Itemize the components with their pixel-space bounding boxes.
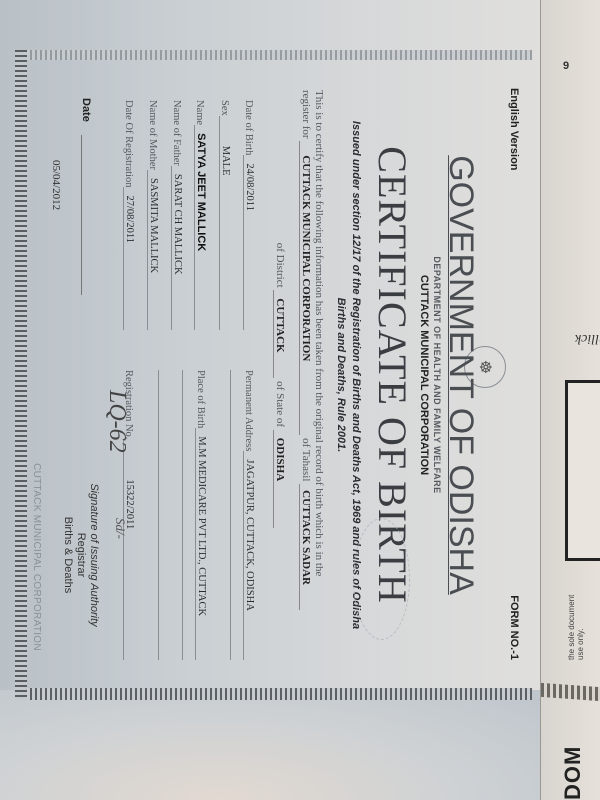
date-of-birth-value: 24/08/2011 xyxy=(243,155,255,330)
district-label: of District xyxy=(274,243,286,288)
district-row: of District CUTTACK of State of ODISHA xyxy=(273,90,286,650)
mother-name-value: SASMITA MALLICK xyxy=(147,170,159,330)
field-row: Name of Mother SASMITA MALLICK xyxy=(139,100,159,660)
date-of-birth-label: Date of Birth xyxy=(243,100,254,155)
blank-line xyxy=(158,370,159,660)
government-title: GOVERNMENT OF ODISHA xyxy=(441,50,480,700)
permanent-address-value: JAGATPUR, CUTTACK, ODISHA xyxy=(243,451,255,660)
register-for-label: register for xyxy=(300,90,312,139)
sex-label: Sex xyxy=(219,100,230,116)
handwritten-note: LQ-62 xyxy=(103,390,130,453)
faded-stamp xyxy=(353,518,410,640)
issue-date: 05/04/2012 xyxy=(50,160,62,210)
date-line xyxy=(81,135,82,295)
department-name: DEPARTMENT OF HEALTH AND FAMILY WELFARE xyxy=(432,50,442,700)
district-value: CUTTACK xyxy=(273,290,286,378)
mother-name-label: Name of Mother xyxy=(147,100,158,170)
place-of-birth-label: Place of Birth xyxy=(195,370,206,428)
field-row: Sex MALE xyxy=(211,100,231,660)
corporation-name: CUTTACK MUNICIPAL CORPORATION xyxy=(418,50,430,700)
register-for-value: CUTTACK MUNICIPAL CORPORATION xyxy=(299,141,312,435)
certify-statement: This is to certify that the following in… xyxy=(312,90,326,660)
tahasil-value: CUTTACK SADAR xyxy=(299,484,312,610)
place-continuation-line xyxy=(182,370,183,660)
field-row: Date Of Registration 27/08/2011 Registra… xyxy=(115,100,135,660)
field-row: Name of Father SARAT CH MALLICK xyxy=(163,100,183,660)
births-deaths-title: Births & Deaths xyxy=(61,455,74,655)
father-name-value: SARAT CH MALLICK xyxy=(171,166,183,330)
background-shade xyxy=(0,690,545,800)
certificate-border-bottom xyxy=(15,50,27,700)
form-number: FORM NO.-1 xyxy=(508,595,520,660)
date-label: Date xyxy=(80,98,92,122)
field-row: Date of Birth 24/08/2011 Permanent Addre… xyxy=(235,100,255,660)
birth-certificate: English Version FORM NO.-1 ☸ GOVERNMENT … xyxy=(15,50,540,700)
corporation-stamp: CUTTACK MUNICIPAL CORPORATION xyxy=(31,442,42,672)
registration-number-value: 15322/2011 xyxy=(123,439,135,660)
registration-date-label: Date Of Registration xyxy=(123,100,134,187)
underlying-inset-box xyxy=(565,380,600,561)
name-label: Name xyxy=(194,100,205,125)
page-number: 9 xyxy=(563,60,569,72)
signature-label: Signature of Issuing Authority xyxy=(87,455,100,655)
issued-under-line-2: Births and Deaths, Rule 2001. xyxy=(335,50,347,700)
underlying-badge: DOM xyxy=(560,720,600,800)
signature-block: Signature of Issuing Authority Registrar… xyxy=(61,455,100,655)
register-row: register for CUTTACK MUNICIPAL CORPORATI… xyxy=(299,90,312,650)
state-label: of State of xyxy=(274,381,286,427)
permanent-address-label: Permanent Address xyxy=(243,370,254,451)
name-value: SATYA JEET MALLICK xyxy=(194,125,207,330)
state-value: ODISHA xyxy=(273,430,286,528)
registrar-title: Registrar xyxy=(74,455,87,655)
father-name-label: Name of Father xyxy=(171,100,182,166)
pen-mark: Mallick xyxy=(575,330,600,346)
english-version-label: English Version xyxy=(508,88,520,171)
underlying-text: the sole document use only. xyxy=(567,590,597,660)
handwritten-signature: Sd/- xyxy=(112,518,128,539)
registration-date-value: 27/08/2011 xyxy=(123,187,135,330)
tahasil-label: of Tahasil xyxy=(300,438,312,481)
sex-value: MALE xyxy=(219,116,231,330)
field-row: Name SATYA JEET MALLICK Place of Birth M… xyxy=(187,100,207,660)
place-of-birth-value: M.M MEDICARE PVT LTD., CUTTACK xyxy=(195,428,207,660)
address-continuation-line xyxy=(230,370,231,660)
